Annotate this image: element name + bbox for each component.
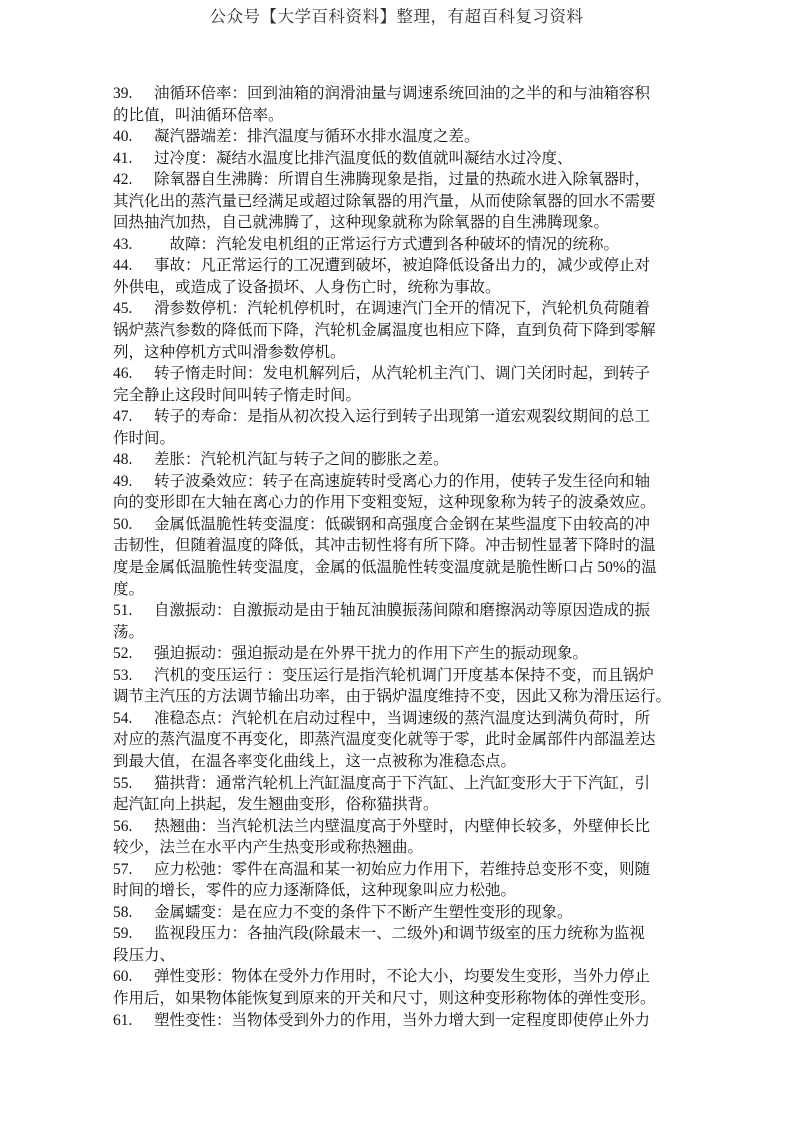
item-text: 差胀：汽轮机汽缸与转子之间的膨胀之差。 (154, 451, 449, 468)
item-number: 53. (113, 665, 154, 687)
definition-item: 48.差胀：汽轮机汽缸与转子之间的膨胀之差。 (113, 449, 685, 471)
definition-item: 40.凝汽器端差：排汽温度与循环水排水温度之差。 (113, 126, 685, 148)
item-text: 转子波桑效应：转子在高速旋转时受离心力的作用，使转子发生径向和轴 向的变形即在大… (113, 473, 656, 512)
item-number: 39. (113, 83, 154, 105)
definition-item: 49.转子波桑效应：转子在高速旋转时受离心力的作用，使转子发生径向和轴 向的变形… (113, 471, 685, 514)
item-text: 准稳态点：汽轮机在启动过程中，当调速级的蒸汽温度达到满负荷时，所 对应的蒸汽温度… (113, 710, 656, 770)
definition-item: 61.塑性变性：当物体受到外力的作用，当外力增大到一定程度即使停止外力 (113, 1010, 685, 1032)
item-text: 转子惰走时间：发电机解列后，从汽轮机主汽门、调门关闭时起，到转子 完全静止这段时… (113, 365, 650, 404)
item-text: 滑参数停机：汽轮机停机时，在调速汽门全开的情况下，汽轮机负荷随着 锅炉蒸汽参数的… (113, 300, 656, 360)
item-text: 弹性变形：物体在受外力作用时，不论大小，均要发生变形，当外力停止 作用后，如果物… (113, 968, 656, 1007)
item-number: 55. (113, 773, 154, 795)
item-text: 监视段压力：各抽汽段(除最末一、二级外)和调节级室的压力统称为监视 段压力、 (113, 925, 645, 964)
item-text: 油循环倍率：回到油箱的润滑油量与调速系统回油的之半的和与油箱容积 的比值，叫油循… (113, 85, 650, 124)
item-text: 金属低温脆性转变温度：低碳钢和高强度合金钢在某些温度下由较高的冲 击韧性，但随着… (113, 516, 657, 598)
item-text: 凝汽器端差：排汽温度与循环水排水温度之差。 (154, 128, 480, 145)
definition-item: 50.金属低温脆性转变温度：低碳钢和高强度合金钢在某些温度下由较高的冲 击韧性，… (113, 514, 685, 600)
definition-item: 46.转子惰走时间：发电机解列后，从汽轮机主汽门、调门关闭时起，到转子 完全静止… (113, 363, 685, 406)
item-number: 47. (113, 406, 154, 428)
definition-item: 43. 故障：汽轮发电机组的正常运行方式遭到各种破坏的情况的统称。 (113, 234, 685, 256)
item-number: 42. (113, 169, 154, 191)
item-text: 汽机的变压运行 ：变压运行是指汽轮机调门开度基本保持不变，而且锅炉 调节主汽压的… (113, 667, 671, 706)
item-number: 48. (113, 449, 154, 471)
item-number: 60. (113, 966, 154, 988)
definition-item: 54.准稳态点：汽轮机在启动过程中，当调速级的蒸汽温度达到满负荷时，所 对应的蒸… (113, 708, 685, 773)
definition-item: 60.弹性变形：物体在受外力作用时，不论大小，均要发生变形，当外力停止 作用后，… (113, 966, 685, 1009)
definition-list: 39.油循环倍率：回到油箱的润滑油量与调速系统回油的之半的和与油箱容积 的比值，… (113, 83, 685, 1031)
definition-item: 45.滑参数停机：汽轮机停机时，在调速汽门全开的情况下，汽轮机负荷随着 锅炉蒸汽… (113, 298, 685, 363)
item-text: 除氧器自生沸腾：所谓自生沸腾现象是指，过量的热疏水进入除氧器时， 其汽化出的蒸汽… (113, 171, 656, 231)
item-number: 40. (113, 126, 154, 148)
definition-item: 52.强迫振动：强迫振动是在外界干扰力的作用下产生的振动现象。 (113, 643, 685, 665)
definition-item: 57.应力松弛：零件在高温和某一初始应力作用下，若维持总变形不变，则随 时间的增… (113, 859, 685, 902)
item-number: 59. (113, 923, 154, 945)
item-number: 56. (113, 816, 154, 838)
definition-item: 58.金属蠕变：是在应力不变的条件下不断产生塑性变形的现象。 (113, 902, 685, 924)
item-text: 强迫振动：强迫振动是在外界干扰力的作用下产生的振动现象。 (154, 645, 588, 662)
item-text: 塑性变性：当物体受到外力的作用，当外力增大到一定程度即使停止外力 (154, 1012, 650, 1029)
item-number: 57. (113, 859, 154, 881)
item-number: 45. (113, 298, 154, 320)
item-text: 转子的寿命：是指从初次投入运行到转子出现第一道宏观裂纹期间的总工 作时间。 (113, 408, 650, 447)
item-number: 41. (113, 148, 154, 170)
item-number: 58. (113, 902, 154, 924)
definition-item: 59.监视段压力：各抽汽段(除最末一、二级外)和调节级室的压力统称为监视 段压力… (113, 923, 685, 966)
item-text: 自激振动：自激振动是由于轴瓦油膜振荡间隙和磨擦涡动等原因造成的振 荡。 (113, 602, 650, 641)
item-number: 49. (113, 471, 154, 493)
item-number: 52. (113, 643, 154, 665)
document-page: 公众号【大学百科资料】整理，有超百科复习资料 39.油循环倍率：回到油箱的润滑油… (0, 0, 793, 1122)
definition-item: 44.事故：凡正常运行的工况遭到破坏，被迫降低设备出力的，减少或停止对 外供电，… (113, 255, 685, 298)
item-text: 过冷度：凝结水温度比排汽温度低的数值就叫凝结水过冷度、 (154, 150, 573, 167)
definition-item: 39.油循环倍率：回到油箱的润滑油量与调速系统回油的之半的和与油箱容积 的比值，… (113, 83, 685, 126)
definition-item: 47.转子的寿命：是指从初次投入运行到转子出现第一道宏观裂纹期间的总工 作时间。 (113, 406, 685, 449)
item-text: 热翘曲：当汽轮机法兰内壁温度高于外壁时，内壁伸长较多，外壁伸长比 较少，法兰在水… (113, 818, 650, 857)
item-number: 50. (113, 514, 154, 536)
item-text: 金属蠕变：是在应力不变的条件下不断产生塑性变形的现象。 (154, 904, 573, 921)
definition-item: 42.除氧器自生沸腾：所谓自生沸腾现象是指，过量的热疏水进入除氧器时， 其汽化出… (113, 169, 685, 234)
item-number: 54. (113, 708, 154, 730)
item-text: 故障：汽轮发电机组的正常运行方式遭到各种破坏的情况的统称。 (154, 236, 619, 253)
item-text: 猫拱背：通常汽轮机上汽缸温度高于下汽缸、上汽缸变形大于下汽缸，引 起汽缸向上拱起… (113, 775, 650, 814)
page-header-title: 公众号【大学百科资料】整理，有超百科复习资料 (0, 7, 793, 27)
definition-item: 51.自激振动：自激振动是由于轴瓦油膜振荡间隙和磨擦涡动等原因造成的振 荡。 (113, 600, 685, 643)
definition-item: 56.热翘曲：当汽轮机法兰内壁温度高于外壁时，内壁伸长较多，外壁伸长比 较少，法… (113, 816, 685, 859)
definition-item: 53.汽机的变压运行 ：变压运行是指汽轮机调门开度基本保持不变，而且锅炉 调节主… (113, 665, 685, 708)
item-number: 51. (113, 600, 154, 622)
item-number: 44. (113, 255, 154, 277)
item-text: 应力松弛：零件在高温和某一初始应力作用下，若维持总变形不变，则随 时间的增长，零… (113, 861, 650, 900)
item-number: 43. (113, 234, 154, 256)
item-text: 事故：凡正常运行的工况遭到破坏，被迫降低设备出力的，减少或停止对 外供电，或造成… (113, 257, 650, 296)
item-number: 46. (113, 363, 154, 385)
definition-item: 41.过冷度：凝结水温度比排汽温度低的数值就叫凝结水过冷度、 (113, 148, 685, 170)
definition-item: 55.猫拱背：通常汽轮机上汽缸温度高于下汽缸、上汽缸变形大于下汽缸，引 起汽缸向… (113, 773, 685, 816)
item-number: 61. (113, 1010, 154, 1032)
